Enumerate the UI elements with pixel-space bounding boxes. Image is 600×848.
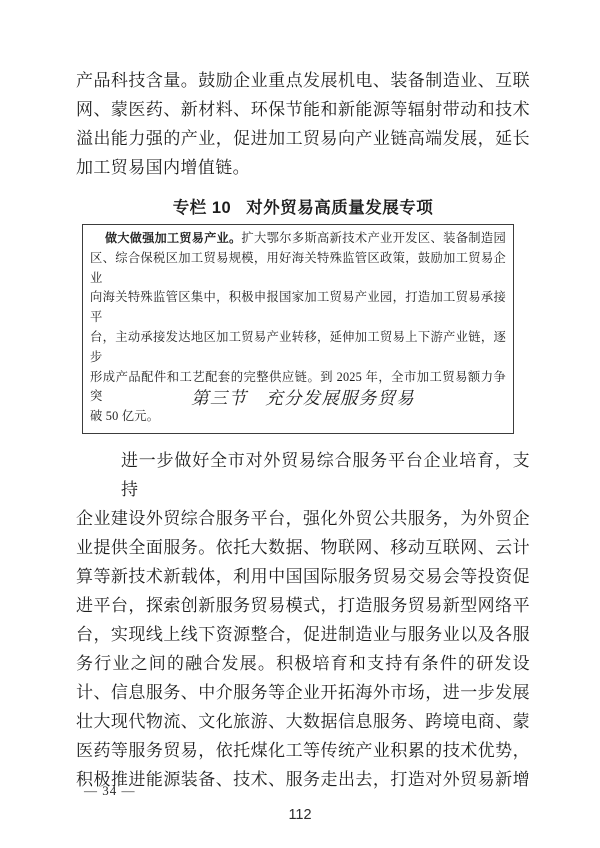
body-line: 溢出能力强的产业，促进加工贸易向产业链高端发展，延长	[76, 124, 530, 153]
body-line: 医药等服务贸易，依托煤化工等传统产业积累的技术优势，	[76, 736, 530, 765]
body-line: 计、信息服务、中介服务等企业开拓海外市场，进一步发展	[76, 678, 530, 707]
section-heading: 第三节充分发展服务贸易	[76, 385, 530, 410]
body-line: 壮大现代物流、文化旅游、大数据信息服务、跨境电商、蒙	[76, 707, 530, 736]
section-title: 充分发展服务贸易	[265, 388, 415, 408]
box-line-text: 扩大鄂尔多斯高新技术产业开发区、装备制造园	[241, 231, 506, 245]
paragraph-top: 产品科技含量。鼓励企业重点发展机电、装备制造业、互联 网、蒙医药、新材料、环保节…	[76, 66, 530, 182]
column-box-number: 专栏 10	[173, 199, 231, 217]
paragraph-body: 进一步做好全市对外贸易综合服务平台企业培育，支持 企业建设外贸综合服务平台，强化…	[76, 446, 530, 794]
body-line: 务行业之间的融合发展。积极培育和支持有条件的研发设	[76, 649, 530, 678]
box-line: 向海关特殊监管区集中，积极申报国家加工贸易产业园，打造加工贸易承接平	[90, 288, 506, 328]
body-line: 业提供全面服务。依托大数据、物联网、移动互联网、云计	[76, 533, 530, 562]
body-line: 加工贸易国内增值链。	[76, 153, 530, 182]
body-line: 积极推进能源装备、技术、服务走出去，打造对外贸易新增	[76, 765, 530, 794]
body-line: 网、蒙医药、新材料、环保节能和新能源等辐射带动和技术	[76, 95, 530, 124]
body-line: 企业建设外贸综合服务平台，强化外贸公共服务，为外贸企	[76, 504, 530, 533]
body-line: 进一步做好全市对外贸易综合服务平台企业培育，支持	[76, 446, 530, 504]
pdf-page-number: 112	[0, 807, 600, 823]
section-number: 第三节	[191, 388, 247, 408]
box-line: 做大做强加工贸易产业。扩大鄂尔多斯高新技术产业开发区、装备制造园	[90, 229, 506, 249]
box-lead-bold: 做大做强加工贸易产业。	[105, 231, 241, 245]
box-line: 区、综合保税区加工贸易规模，用好海关特殊监管区政策，鼓励加工贸易企业	[90, 249, 506, 289]
body-line: 产品科技含量。鼓励企业重点发展机电、装备制造业、互联	[76, 66, 530, 95]
body-line: 算等新技术新载体，利用中国国际服务贸易交易会等投资促	[76, 562, 530, 591]
column-box-title: 专栏 10对外贸易高质量发展专项	[76, 194, 530, 218]
box-line: 台，主动承接发达地区加工贸易产业转移，延伸加工贸易上下游产业链，逐步	[90, 328, 506, 368]
body-line: 台，实现线上线下资源整合，促进制造业与服务业以及各服	[76, 620, 530, 649]
box-line: 破 50 亿元。	[90, 407, 506, 427]
column-box-title-text: 对外贸易高质量发展专项	[246, 199, 433, 217]
document-page: 产品科技含量。鼓励企业重点发展机电、装备制造业、互联 网、蒙医药、新材料、环保节…	[0, 0, 600, 848]
document-page-number: — 34 —	[84, 783, 136, 799]
body-line: 进平台，探索创新服务贸易模式，打造服务贸易新型网络平	[76, 591, 530, 620]
